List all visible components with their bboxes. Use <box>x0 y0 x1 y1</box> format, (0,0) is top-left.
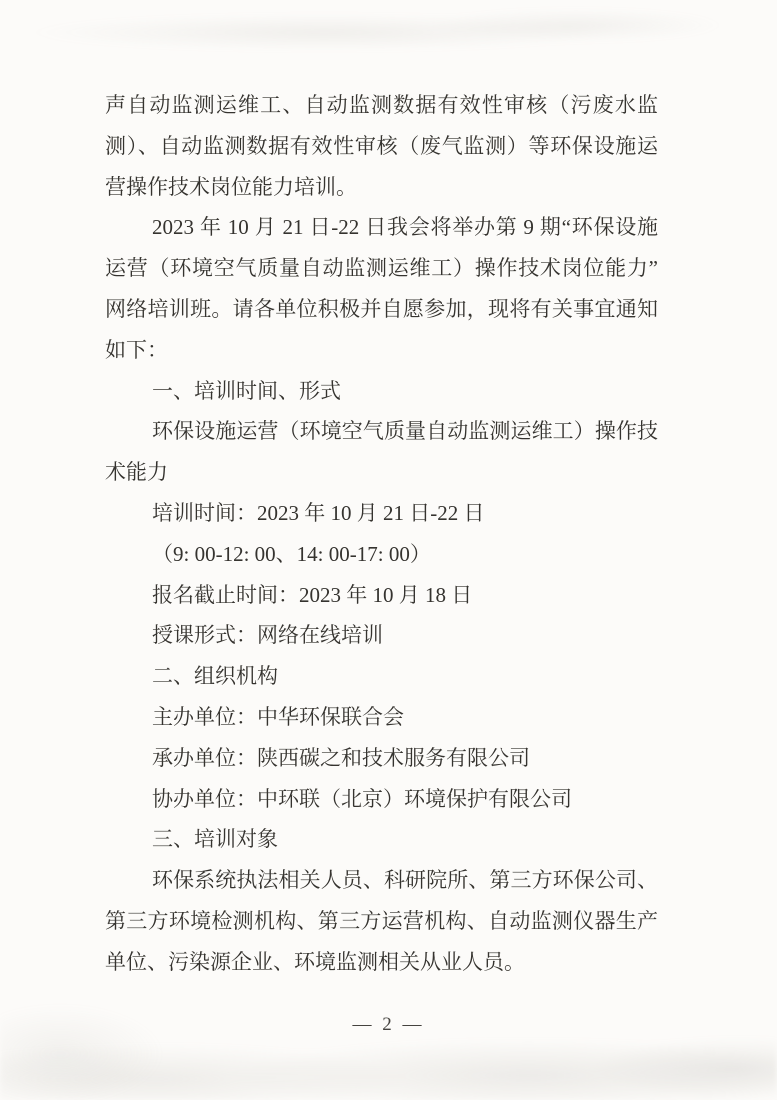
page-number: — 2 — <box>0 1010 777 1040</box>
host-unit-line: 主办单位：中华环保联合会 <box>105 697 658 738</box>
section-3-heading: 三、培训对象 <box>105 819 658 860</box>
section-1-heading: 一、培训时间、形式 <box>105 371 658 412</box>
co-organizer-unit-line: 协办单位：中环联（北京）环境保护有限公司 <box>105 779 658 820</box>
document-body: 声自动监测运维工、自动监测数据有效性审核（污废水监 测）、自动监测数据有效性审核… <box>105 85 658 983</box>
scanned-document-page: 声自动监测运维工、自动监测数据有效性审核（污废水监 测）、自动监测数据有效性审核… <box>0 0 777 1100</box>
announcement-paragraph-line: 网络培训班。请各单位积极并自愿参加，现将有关事宜通知 <box>105 289 658 330</box>
trainee-paragraph-line: 单位、污染源企业、环境监测相关从业人员。 <box>105 942 658 983</box>
announcement-paragraph-line: 2023 年 10 月 21 日-22 日我会将举办第 9 期“环保设施 <box>105 207 658 248</box>
course-name-line: 术能力 <box>105 452 658 493</box>
intro-paragraph-line: 声自动监测运维工、自动监测数据有效性审核（污废水监 <box>105 85 658 126</box>
training-time-line: 培训时间：2023 年 10 月 21 日-22 日 <box>105 493 658 534</box>
trainee-paragraph-line: 环保系统执法相关人员、科研院所、第三方环保公司、 <box>105 860 658 901</box>
training-hours-line: （9: 00-12: 00、14: 00-17: 00） <box>105 534 658 575</box>
organizer-unit-line: 承办单位：陕西碳之和技术服务有限公司 <box>105 738 658 779</box>
teaching-format-line: 授课形式：网络在线培训 <box>105 615 658 656</box>
announcement-paragraph-line: 如下： <box>105 330 658 371</box>
announcement-paragraph-line: 运营（环境空气质量自动监测运维工）操作技术岗位能力” <box>105 248 658 289</box>
intro-paragraph-line: 测）、自动监测数据有效性审核（废气监测）等环保设施运 <box>105 126 658 167</box>
trainee-paragraph-line: 第三方环境检测机构、第三方运营机构、自动监测仪器生产 <box>105 901 658 942</box>
scan-noise-bottom <box>0 1030 777 1100</box>
section-2-heading: 二、组织机构 <box>105 656 658 697</box>
course-name-line: 环保设施运营（环境空气质量自动监测运维工）操作技 <box>105 411 658 452</box>
scan-noise-top <box>30 6 730 54</box>
intro-paragraph-line: 营操作技术岗位能力培训。 <box>105 167 658 208</box>
registration-deadline-line: 报名截止时间：2023 年 10 月 18 日 <box>105 575 658 616</box>
scan-noise-corner <box>0 985 240 1100</box>
